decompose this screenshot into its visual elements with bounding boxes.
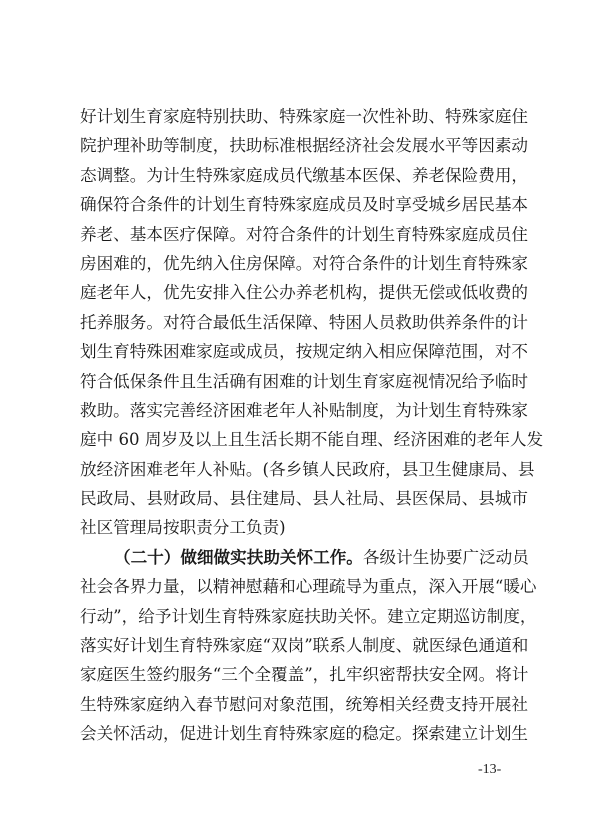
page-number: -13- — [478, 762, 501, 778]
paragraph-line: 态调整。为计生特殊家庭成员代缴基本医保、养老保险费用， — [80, 161, 520, 190]
paragraph-line: 养老、基本医疗保障。对符合条件的计划生育特殊家庭成员住 — [80, 220, 520, 249]
paragraph-line: 放经济困难老年人补贴。(各乡镇人民政府，县卫生健康局、县 — [80, 455, 520, 484]
paragraph-line: 社区管理局按职责分工负责) — [80, 513, 520, 542]
paragraph-line: 庭中 60 周岁及以上且生活长期不能自理、经济困难的老年人发 — [80, 425, 520, 454]
section-line: 落实好计划生育特殊家庭“双岗”联系人制度、就医绿色通道和 — [80, 631, 520, 660]
body-text: 好计划生育家庭特别扶助、特殊家庭一次性补助、特殊家庭住 院护理补助等制度，扶助标… — [80, 102, 520, 749]
paragraph-line: 院护理补助等制度，扶助标准根据经济社会发展水平等因素动 — [80, 131, 520, 160]
paragraph-line: 托养服务。对符合最低生活保障、特困人员救助供养条件的计 — [80, 308, 520, 337]
paragraph-line: 庭老年人，优先安排入住公办养老机构，提供无偿或低收费的 — [80, 278, 520, 307]
section-line: 社会各界力量，以精神慰藉和心理疏导为重点，深入开展“暖心 — [80, 572, 520, 601]
paragraph-line: 好计划生育家庭特别扶助、特殊家庭一次性补助、特殊家庭住 — [80, 102, 520, 131]
paragraph-line: 救助。落实完善经济困难老年人补贴制度，为计划生育特殊家 — [80, 396, 520, 425]
section-line: 会关怀活动，促进计划生育特殊家庭的稳定。探索建立计划生 — [80, 719, 520, 748]
paragraph-line: 划生育特殊困难家庭或成员，按规定纳入相应保障范围，对不 — [80, 337, 520, 366]
paragraph-line: 民政局、县财政局、县住建局、县人社局、县医保局、县城市 — [80, 484, 520, 513]
section-line: 行动”，给予计划生育特殊家庭扶助关怀。建立定期巡访制度， — [80, 602, 520, 631]
section-first-line: （二十）做细做实扶助关怀工作。各级计生协要广泛动员 — [80, 543, 520, 572]
paragraph-line: 符合低保条件且生活确有困难的计划生育家庭视情况给予临时 — [80, 367, 520, 396]
document-page: 好计划生育家庭特别扶助、特殊家庭一次性补助、特殊家庭住 院护理补助等制度，扶助标… — [0, 0, 595, 838]
section-first-line-text: 各级计生协要广泛动员 — [363, 548, 529, 567]
section-heading: （二十）做细做实扶助关怀工作。 — [114, 548, 363, 567]
paragraph-line: 房困难的，优先纳入住房保障。对符合条件的计划生育特殊家 — [80, 249, 520, 278]
paragraph-line: 确保符合条件的计划生育特殊家庭成员及时享受城乡居民基本 — [80, 190, 520, 219]
section-line: 家庭医生签约服务“三个全覆盖”，扎牢织密帮扶安全网。将计 — [80, 660, 520, 689]
section-line: 生特殊家庭纳入春节慰问对象范围，统筹相关经费支持开展社 — [80, 690, 520, 719]
